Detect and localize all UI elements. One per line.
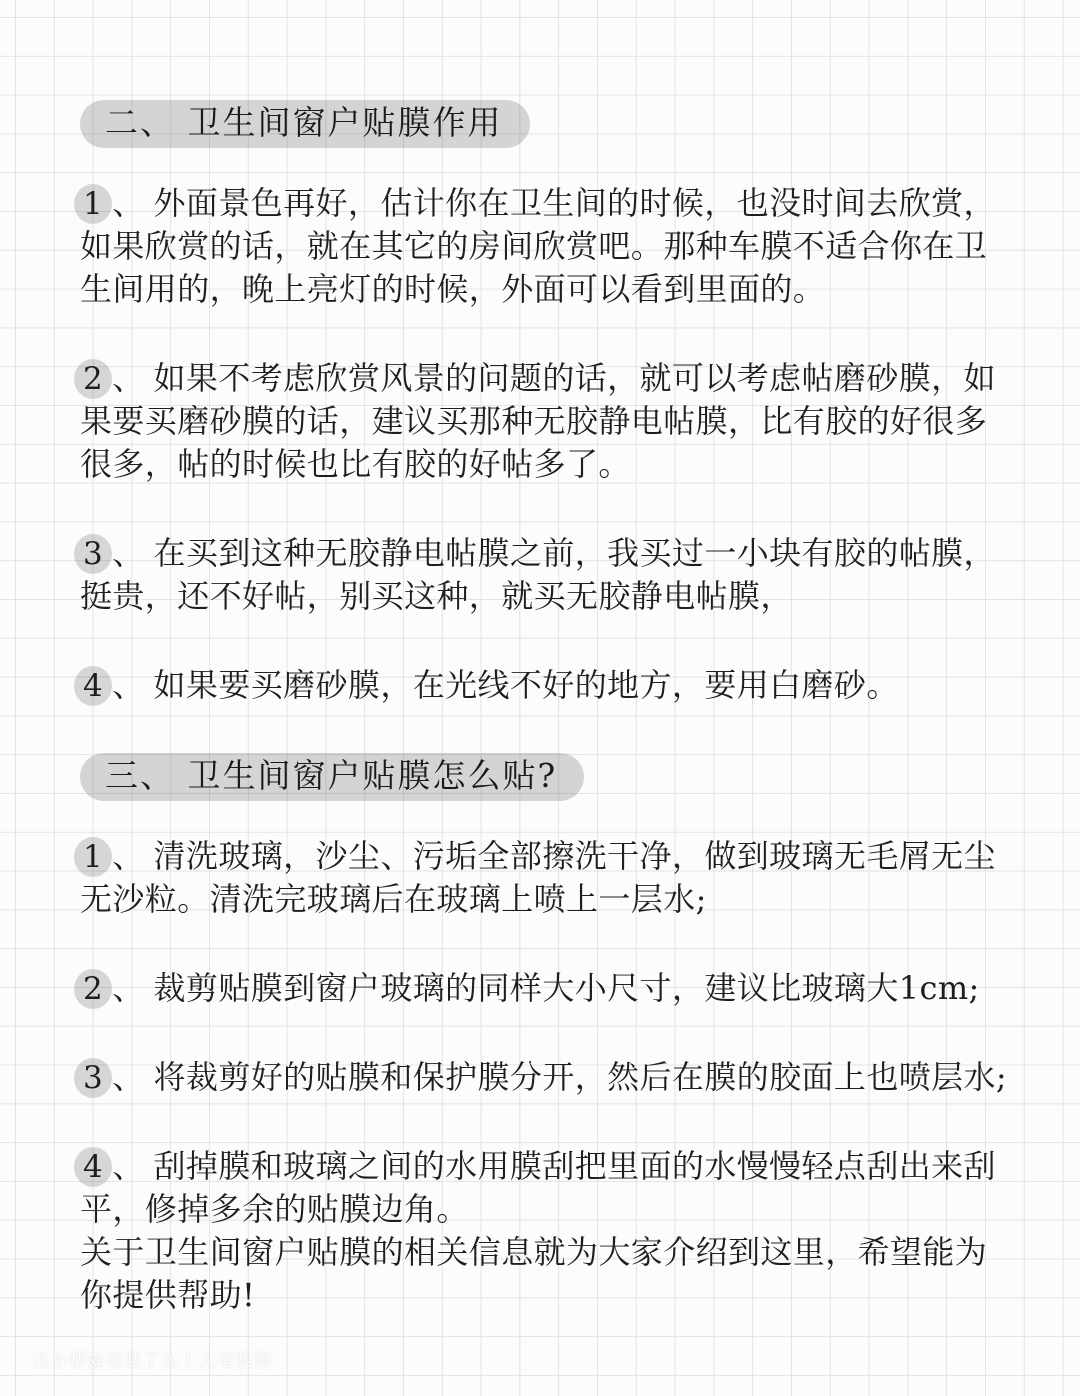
- item-number-separator: 、: [112, 1147, 144, 1185]
- closing-paragraph: 关于卫生间窗户贴膜的相关信息就为大家介绍到这里，希望能为你提供帮助!: [80, 1231, 1018, 1317]
- item-number-separator: 、: [112, 359, 144, 397]
- item-number-badge: 3: [74, 1058, 112, 1098]
- item-text: 外面景色再好，估计你在卫生间的时候，也没时间去欣赏，如果欣赏的话，就在其它的房间…: [80, 184, 996, 308]
- item-number-badge: 1: [74, 837, 112, 877]
- item-number-separator: 、: [112, 534, 144, 572]
- item-number-badge: 2: [74, 359, 112, 399]
- item-number-badge: 4: [74, 666, 112, 706]
- item-text: 如果不考虑欣赏风景的问题的话，就可以考虑帖磨砂膜，如果要买磨砂膜的话，建议买那种…: [80, 359, 996, 483]
- item-number-separator: 、: [112, 666, 144, 704]
- item-number-badge: 4: [74, 1147, 112, 1187]
- list-item: 4、刮掉膜和玻璃之间的水用膜刮把里面的水慢慢轻点刮出来刮平，修掉多余的贴膜边角。: [80, 1145, 1018, 1231]
- item-text: 如果要买磨砂膜，在光线不好的地方，要用白磨砂。: [154, 666, 899, 704]
- section-heading-text: 三、 卫生间窗户贴膜怎么贴?: [105, 756, 557, 795]
- section-film-purpose: 二、 卫生间窗户贴膜作用 1、外面景色再好，估计你在卫生间的时候，也没时间去欣赏…: [80, 100, 1018, 707]
- list-item: 3、在买到这种无胶静电帖膜之前，我买过一小块有胶的帖膜，挺贵，还不好帖，别买这种…: [80, 532, 1018, 618]
- list-item: 1、外面景色再好，估计你在卫生间的时候，也没时间去欣赏，如果欣赏的话，就在其它的…: [80, 182, 1018, 311]
- item-number-badge: 1: [74, 184, 112, 224]
- section-heading-highlight: 三、 卫生间窗户贴膜怎么贴?: [80, 753, 584, 801]
- list-item: 3、将裁剪好的贴膜和保护膜分开，然后在膜的胶面上也喷层水;: [80, 1056, 1018, 1099]
- item-number-separator: 、: [112, 184, 144, 222]
- item-text: 刮掉膜和玻璃之间的水用膜刮把里面的水慢慢轻点刮出来刮平，修掉多余的贴膜边角。: [80, 1147, 996, 1228]
- section-heading-highlight: 二、 卫生间窗户贴膜作用: [80, 100, 530, 148]
- section-film-howto: 三、 卫生间窗户贴膜怎么贴? 1、清洗玻璃，沙尘、污垢全部擦洗干净，做到玻璃无毛…: [80, 753, 1018, 1231]
- item-text: 清洗玻璃，沙尘、污垢全部擦洗干净，做到玻璃无毛屑无尘无沙粒。清洗完玻璃后在玻璃上…: [80, 837, 996, 918]
- list-item: 1、清洗玻璃，沙尘、污垢全部擦洗干净，做到玻璃无毛屑无尘无沙粒。清洗完玻璃后在玻…: [80, 835, 1018, 921]
- item-number-badge: 2: [74, 969, 112, 1009]
- item-number-separator: 、: [112, 969, 144, 1007]
- item-text: 裁剪贴膜到窗户玻璃的同样大小尺寸，建议比玻璃大1cm;: [154, 969, 980, 1007]
- watermark: 住小帮@家装了么丨大宅装修: [32, 1346, 273, 1371]
- item-text: 在买到这种无胶静电帖膜之前，我买过一小块有胶的帖膜，挺贵，还不好帖，别买这种，就…: [80, 534, 996, 615]
- list-item: 2、如果不考虑欣赏风景的问题的话，就可以考虑帖磨砂膜，如果要买磨砂膜的话，建议买…: [80, 357, 1018, 486]
- list-item: 4、如果要买磨砂膜，在光线不好的地方，要用白磨砂。: [80, 664, 1018, 707]
- article-body: 二、 卫生间窗户贴膜作用 1、外面景色再好，估计你在卫生间的时候，也没时间去欣赏…: [0, 0, 1080, 1317]
- grid-paper-page: { "page": { "background_color": "#fcfcfc…: [0, 0, 1080, 1396]
- item-number-separator: 、: [112, 837, 144, 875]
- list-item: 2、裁剪贴膜到窗户玻璃的同样大小尺寸，建议比玻璃大1cm;: [80, 967, 1018, 1010]
- section-heading-text: 二、 卫生间窗户贴膜作用: [105, 103, 503, 142]
- item-text: 将裁剪好的贴膜和保护膜分开，然后在膜的胶面上也喷层水;: [154, 1058, 1008, 1096]
- item-number-separator: 、: [112, 1058, 144, 1096]
- item-number-badge: 3: [74, 534, 112, 574]
